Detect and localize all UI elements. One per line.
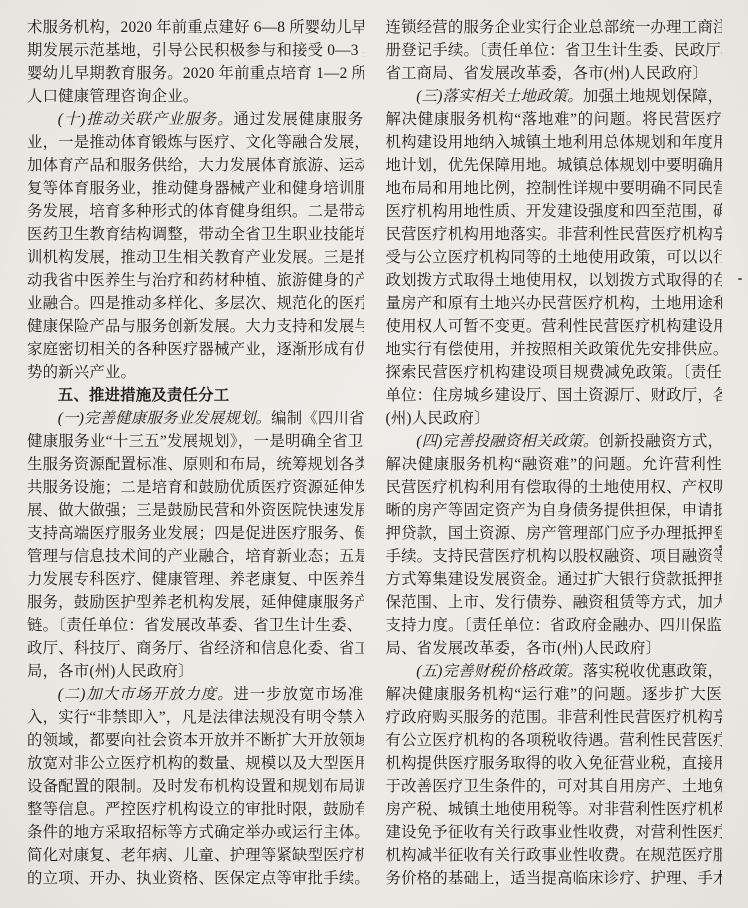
text-line: 受与公立医疗机构同等的土地使用政策，可以以行 <box>386 246 723 269</box>
text-run: 创新投融资方式， <box>598 433 722 450</box>
text-line: 房产税、城镇土地使用税等。对非营利性医疗机构 <box>386 798 723 821</box>
text-line: 省工商局、省发展改革委，各市(州)人民政府〕 <box>386 62 723 85</box>
text-run: 进一步放宽市场准 <box>233 686 363 703</box>
text-line: 条件的地方采取招标等方式确定举办或运行主体。 <box>27 821 364 844</box>
text-line: 使用权人可暂不变更。营利性民营医疗机构建设用 <box>386 315 723 338</box>
text-line: 的立项、开办、执业资格、医保定点等审批手续。对 <box>27 867 364 890</box>
text-line: 业，一是推动体育锻炼与医疗、文化等融合发展，增 <box>27 131 364 154</box>
text-line: 医药卫生教育结构调整，带动全省卫生职业技能培 <box>27 223 364 246</box>
text-line: 人口健康管理咨询企业。 <box>27 85 364 108</box>
text-line: 加体育产品和服务供给，大力发展体育旅游、运动康 <box>27 154 364 177</box>
paragraph-start-line: (四)完善投融资相关政策。创新投融资方式， <box>386 430 723 453</box>
text-line: 共服务设施；二是培育和鼓励优质医疗资源延伸发 <box>27 476 364 499</box>
text-line: 务价格的基础上，适当提高临床诊疗、护理、手术以 <box>386 867 723 890</box>
text-line: 医疗机构用地性质、开发建设强度和四至范围，确保 <box>386 200 723 223</box>
text-line: 复等体育服务业，推动健身器械产业和健身培训服 <box>27 177 364 200</box>
text-line: 力发展专科医疗、健康管理、养老康复、中医养生等 <box>27 568 364 591</box>
text-line: 册登记手续。〔责任单位：省卫生计生委、民政厅、 <box>386 39 723 62</box>
text-line: 民营医疗机构利用有偿取得的土地使用权、产权明 <box>386 476 723 499</box>
text-line: (州)人民政府〕 <box>386 407 723 430</box>
text-line: 机构减半征收有关行政事业性收费。在规范医疗服 <box>386 844 723 867</box>
text-line: 地计划，优先保障用地。城镇总体规划中要明确用 <box>386 154 723 177</box>
text-line: 晰的房产等固定资产为自身债务提供担保，申请抵 <box>386 499 723 522</box>
text-line: 家庭密切相关的各种医疗器械产业，逐渐形成有优 <box>27 338 364 361</box>
text-line: 机构建设用地纳入城镇土地利用总体规划和年度用 <box>386 131 723 154</box>
text-line: 势的新兴产业。 <box>27 361 364 384</box>
text-line: 建设免予征收有关行政事业性收费，对营利性医疗 <box>386 821 723 844</box>
text-line: 押贷款，国土资源、房产管理部门应予办理抵押登记 <box>386 522 723 545</box>
text-line: 健康保险产品与服务创新发展。大力支持和发展与 <box>27 315 364 338</box>
paragraph-lead: (五)完善财税价格政策。 <box>416 663 583 680</box>
scan-speck <box>719 545 722 548</box>
text-line: 局，各市(州)人民政府〕 <box>27 660 364 683</box>
text-line: 机构提供医疗服务取得的收入免征营业税，直接用 <box>386 752 723 775</box>
text-line: 地实行有偿使用，并按照相关政策优先安排供应。 <box>386 338 723 361</box>
text-line: 方式筹集建设发展资金。通过扩大银行贷款抵押担 <box>386 568 723 591</box>
text-run: 通过发展健康服务 <box>233 111 363 128</box>
paragraph-lead: (二)加大市场开放力度。 <box>58 686 234 703</box>
text-line: 管理与信息技术间的产业融合，培育新业态；五是大 <box>27 545 364 568</box>
text-line: 解决健康服务机构“运行难”的问题。逐步扩大医 <box>386 683 723 706</box>
text-run: 加强土地规划保障， <box>583 88 722 105</box>
text-line: 服务，鼓励医护型养老机构发展，延伸健康服务产业 <box>27 591 364 614</box>
text-line: 简化对康复、老年病、儿童、护理等紧缺型医疗机构 <box>27 844 364 867</box>
text-line: 链。〔责任单位：省发展改革委、省卫生计生委、民 <box>27 614 364 637</box>
paragraph-lead: (十)推动关联产业服务。 <box>58 111 234 128</box>
paragraph-start-line: (一)完善健康服务业发展规划。编制《四川省 <box>27 407 364 430</box>
text-line: 有公立医疗机构的各项税收待遇。营利性民营医疗 <box>386 729 723 752</box>
text-line: 的领域，都要向社会资本开放并不断扩大开放领域。 <box>27 729 364 752</box>
text-line: 民营医疗机构用地落实。非营利性民营医疗机构享 <box>386 223 723 246</box>
text-line: 解决健康服务机构“融资难”的问题。允许营利性 <box>386 453 723 476</box>
text-line: 放宽对非公立医疗机构的数量、规模以及大型医用 <box>27 752 364 775</box>
section-heading: 五、推进措施及责任分工 <box>27 384 364 407</box>
paragraph-start-line: (三)落实相关土地政策。加强土地规划保障， <box>386 85 723 108</box>
text-line: 入，实行“非禁即入”，凡是法律法规没有明令禁入 <box>27 706 364 729</box>
text-line: 量房产和原有土地兴办民营医疗机构，土地用途和 <box>386 292 723 315</box>
text-run: 落实税收优惠政策， <box>583 663 722 680</box>
scan-speck <box>738 278 742 280</box>
paragraph-lead: (四)完善投融资相关政策。 <box>416 433 598 450</box>
text-line: 展、做大做强；三是鼓励民营和外资医院快速发展， <box>27 499 364 522</box>
text-line: 连锁经营的服务企业实行企业总部统一办理工商注 <box>386 16 723 39</box>
text-line: 健康服务业“十三五”发展规划》，一是明确全省卫 <box>27 430 364 453</box>
paragraph-start-line: (二)加大市场开放力度。进一步放宽市场准 <box>27 683 364 706</box>
text-line: 整等信息。严控医疗机构设立的审批时限，鼓励有 <box>27 798 364 821</box>
text-line: 手续。支持民营医疗机构以股权融资、项目融资等 <box>386 545 723 568</box>
text-line: 地布局和用地比例，控制性详规中要明确不同民营 <box>386 177 723 200</box>
text-line: 生服务资源配置标准、原则和布局，统筹规划各类公 <box>27 453 364 476</box>
paragraph-lead: (一)完善健康服务业发展规划。 <box>58 410 271 427</box>
text-line: 政厅、科技厅、商务厅、省经济和信息化委、省工商 <box>27 637 364 660</box>
text-column-left: 术服务机构，2020 年前重点建好 6—8 所婴幼儿早期发展示范基地，引导公民积… <box>27 16 364 908</box>
text-line: 政划拨方式取得土地使用权，以划拨方式取得的存 <box>386 269 723 292</box>
text-line: 术服务机构，2020 年前重点建好 6—8 所婴幼儿早 <box>27 16 364 39</box>
paragraph-start-line: (五)完善财税价格政策。落实税收优惠政策， <box>386 660 723 683</box>
text-line: 期发展示范基地，引导公民积极参与和接受 0—3 岁 <box>27 39 364 62</box>
paragraph-start-line: (十)推动关联产业服务。通过发展健康服务 <box>27 108 364 131</box>
text-line: 支持高端医疗服务业发展；四是促进医疗服务、健康 <box>27 522 364 545</box>
text-column-right: 连锁经营的服务企业实行企业总部统一办理工商注册登记手续。〔责任单位：省卫生计生委… <box>386 16 723 908</box>
text-line: 训机构发展，推动卫生相关教育产业发展。三是推 <box>27 246 364 269</box>
text-line: 设备配置的限制。及时发布机构设置和规划布局调 <box>27 775 364 798</box>
text-line: 业融合。四是推动多样化、多层次、规范化的医疗和 <box>27 292 364 315</box>
text-line: 婴幼儿早期教育服务。2020 年前重点培育 1—2 所 <box>27 62 364 85</box>
text-line: 探索民营医疗机构建设项目规费减免政策。〔责任 <box>386 361 723 384</box>
text-line: 支持力度。〔责任单位：省政府金融办、四川保监 <box>386 614 723 637</box>
text-line: 疗政府购买服务的范围。非营利性民营医疗机构享 <box>386 706 723 729</box>
text-line: 动我省中医养生与治疗和药材种植、旅游健身的产 <box>27 269 364 292</box>
text-line: 于改善医疗卫生条件的，可对其自用房产、土地免征 <box>386 775 723 798</box>
text-run: 编制《四川省 <box>271 410 363 427</box>
text-line: 务发展，培育多种形式的体育健身组织。二是带动 <box>27 200 364 223</box>
text-line: 解决健康服务机构“落地难”的问题。将民营医疗 <box>386 108 723 131</box>
text-line: 单位：住房城乡建设厅、国土资源厅、财政厅，各市 <box>386 384 723 407</box>
paragraph-lead: (三)落实相关土地政策。 <box>416 88 583 105</box>
document-page: 术服务机构，2020 年前重点建好 6—8 所婴幼儿早期发展示范基地，引导公民积… <box>0 0 748 908</box>
text-line: 局、省发展改革委，各市(州)人民政府〕 <box>386 637 723 660</box>
text-line: 保范围、上市、发行债券、融资租赁等方式，加大金融 <box>386 591 723 614</box>
